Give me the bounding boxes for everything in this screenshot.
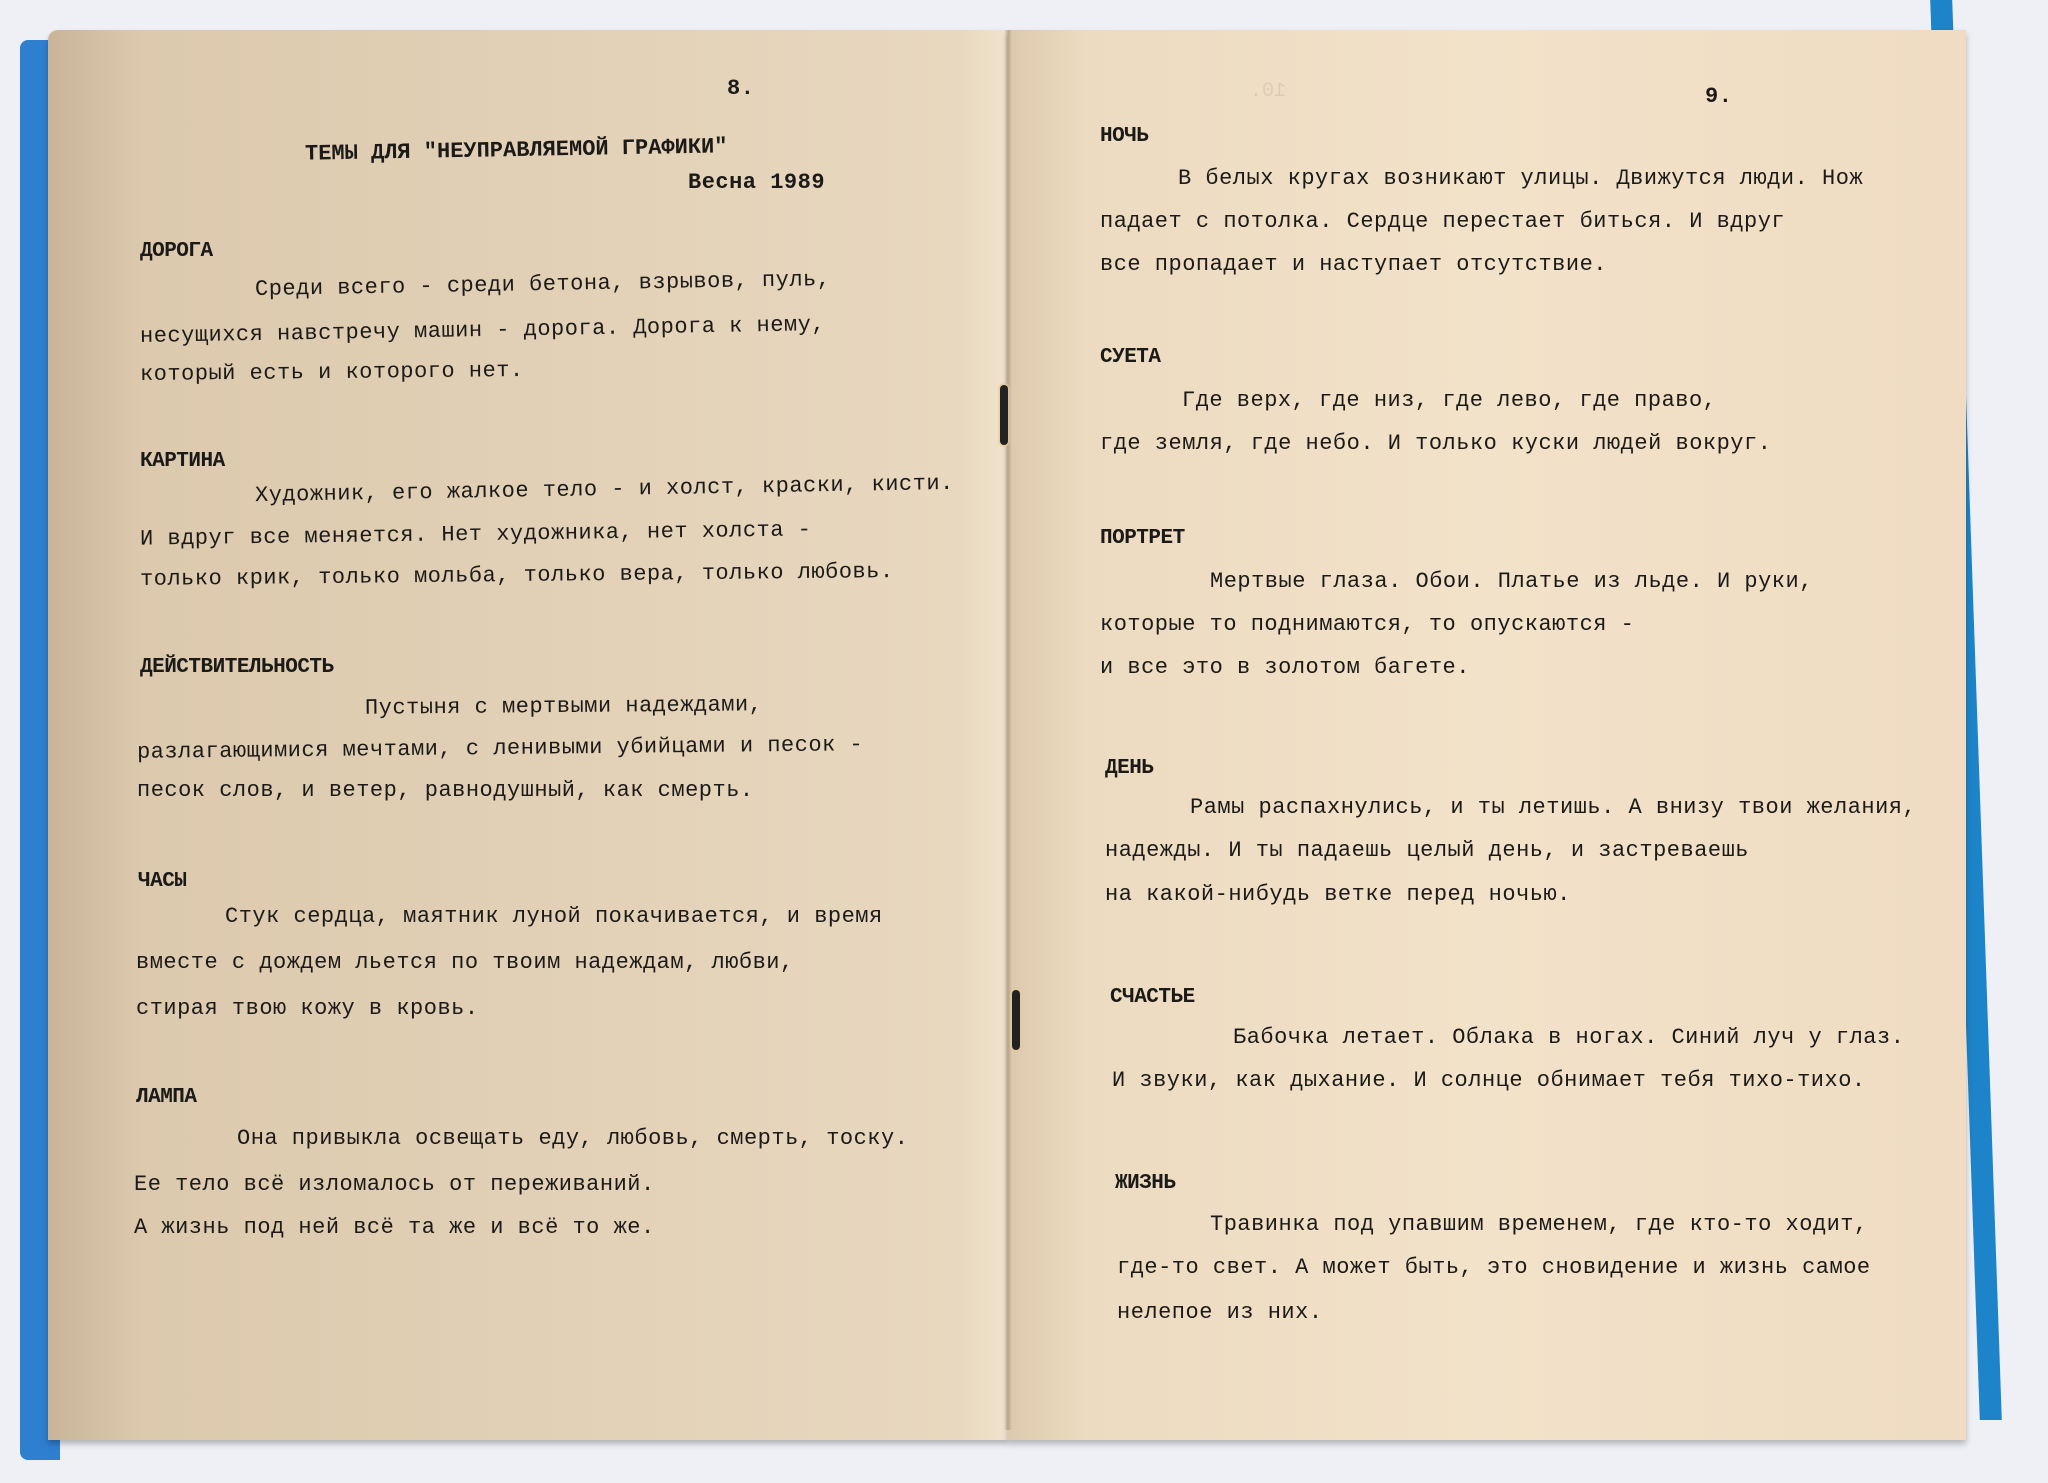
section-heading: ЧАСЫ — [138, 870, 186, 893]
section-line: песок слов, и ветер, равнодушный, как см… — [137, 778, 754, 803]
section-line: падает с потолка. Сердце перестает битьс… — [1100, 209, 1785, 234]
section-line: Пустыня с мертвыми надеждами, — [365, 692, 763, 720]
section-line: и все это в золотом багете. — [1100, 655, 1470, 680]
section-line: который есть и которого нет. — [140, 358, 524, 387]
staple-top — [1000, 385, 1008, 445]
section-line: Бабочка летает. Облака в ногах. Синий лу… — [1233, 1025, 1904, 1050]
section-line: И звуки, как дыхание. И солнце обнимает … — [1112, 1068, 1866, 1093]
book-gutter — [1004, 30, 1012, 1430]
page-number-left: 8. — [727, 76, 754, 101]
section-line: Ее тело всё изломалось от переживаний. — [134, 1172, 655, 1197]
bleed-through-page-number: 10. — [1250, 80, 1286, 103]
section-heading: ЖИЗНЬ — [1115, 1172, 1176, 1195]
section-heading: ДЕЙСТВИТЕЛЬНОСТЬ — [140, 656, 334, 679]
section-line: Где верх, где низ, где лево, где право, — [1182, 388, 1716, 413]
section-heading: СЧАСТЬЕ — [1110, 986, 1195, 1009]
page-number-right: 9. — [1705, 84, 1732, 109]
section-line: Она привыкла освещать еду, любовь, смерт… — [237, 1126, 908, 1151]
section-line: Стук сердца, маятник луной покачивается,… — [225, 904, 883, 929]
section-heading: ЛАМПА — [136, 1086, 197, 1109]
section-line: стирая твою кожу в кровь. — [136, 996, 479, 1021]
section-line: Травинка под упавшим временем, где кто-т… — [1210, 1212, 1868, 1237]
section-heading: КАРТИНА — [140, 450, 225, 473]
section-heading: ДЕНЬ — [1105, 757, 1153, 780]
section-line: вместе с дождем льется по твоим надеждам… — [136, 950, 794, 975]
section-line: надежды. И ты падаешь целый день, и заст… — [1105, 838, 1749, 863]
section-heading: НОЧЬ — [1100, 125, 1148, 148]
section-heading: СУЕТА — [1100, 346, 1161, 369]
section-line: А жизнь под ней всё та же и всё то же. — [134, 1215, 655, 1240]
section-heading: ДОРОГА — [140, 240, 213, 263]
staple-bottom — [1012, 990, 1020, 1050]
section-line: Мертвые глаза. Обои. Платье из льде. И р… — [1210, 569, 1813, 594]
section-line: В белых кругах возникают улицы. Движутся… — [1178, 166, 1863, 191]
section-line: все пропадает и наступает отсутствие. — [1100, 252, 1607, 277]
section-line: на какой-нибудь ветке перед ночью. — [1105, 882, 1571, 907]
section-line: которые то поднимаются, то опускаются - — [1100, 612, 1634, 637]
section-line: Рамы распахнулись, и ты летишь. А внизу … — [1190, 795, 1916, 820]
section-line: нелепое из них. — [1117, 1300, 1323, 1325]
section-heading: ПОРТРЕТ — [1100, 527, 1185, 550]
section-line: где-то свет. А может быть, это сновидени… — [1117, 1255, 1871, 1280]
document-date: Весна 1989 — [688, 170, 825, 195]
section-line: где земля, где небо. И только куски люде… — [1100, 431, 1771, 456]
